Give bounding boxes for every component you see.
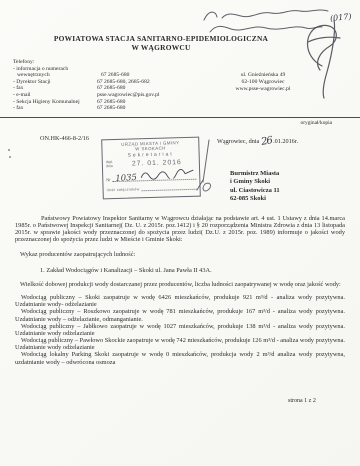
scan-speck bbox=[9, 156, 11, 158]
address-line: 62-100 Wągrowiec bbox=[224, 79, 302, 86]
contact-label: - e-mail bbox=[13, 92, 97, 99]
intro-paragraph: Państwowy Powiatowy Inspektor Sanitarny … bbox=[15, 215, 345, 244]
place-date-line: Wągrowiec, dnia 26 .01.2016r. bbox=[217, 135, 298, 146]
recipient-line: ul. Ciastowicza 11 bbox=[230, 187, 280, 195]
stamp-attachments-row: Ilość załączników bbox=[107, 184, 197, 192]
contact-label: - fax bbox=[13, 105, 97, 112]
reference-number: ON.HK-466-8-2/16 bbox=[40, 135, 89, 142]
supply-entry: Wodociąg lokalny Parking Skoki zaopatruj… bbox=[15, 351, 345, 365]
contact-row: - fax 67 2685-680 bbox=[13, 105, 159, 112]
handwritten-mark-icon bbox=[193, 138, 217, 194]
recipient-line: i Gminy Skoki bbox=[230, 178, 280, 186]
contact-row: - e-mail psse.wagrowiec@pis.gov.pl bbox=[13, 92, 159, 99]
supply-entry: Wodociąg publiczny – Skoki zaopatruje w … bbox=[15, 294, 345, 308]
stamp-attachments-label: Ilość załączników bbox=[107, 187, 140, 192]
stamp-number-label: Nr bbox=[106, 177, 111, 182]
contact-value: 67 2685-680 bbox=[97, 105, 125, 112]
contact-label: - Dyrektor Stacji bbox=[13, 79, 97, 86]
scanned-letter-page: (017) POWIATOWA STACJA SANITARNO-EPIDEMI… bbox=[0, 0, 360, 466]
letterhead-title: POWIATOWA STACJA SANITARNO-EPIDEMIOLOGIC… bbox=[0, 34, 322, 52]
recipient-line: 62-085 Skoki bbox=[230, 195, 280, 203]
producer-item: 1. Zakład Wodociągów i Kanalizacji – Sko… bbox=[15, 267, 345, 274]
copy-note: oryginał/kopia bbox=[301, 120, 332, 126]
supply-entry: Wodociąg publiczny – Jabłkowo zaopatruje… bbox=[15, 323, 345, 337]
recipient-line: Burmistrz Miasta bbox=[230, 170, 280, 178]
stamp-received-label-2: dnia bbox=[106, 164, 113, 168]
stamp-attachments-line bbox=[141, 184, 196, 191]
place-date-prefix: Wągrowiec, dnia bbox=[217, 138, 259, 145]
website-url: www.psse-wagrowiec.pl bbox=[224, 86, 302, 93]
contact-value: 67 2685-680 bbox=[97, 99, 125, 106]
stamp-received-label: Wpł. dnia bbox=[106, 161, 118, 169]
receipt-stamp: URZĄD MIASTA I GMINY W SKOKACH Sekretari… bbox=[101, 137, 201, 200]
handwritten-day: 26 bbox=[260, 135, 272, 148]
contact-label: - fax bbox=[13, 85, 97, 92]
contact-row: - informacja o numerach bbox=[13, 66, 159, 73]
letterhead-title-line1: POWIATOWA STACJA SANITARNO-EPIDEMIOLOGIC… bbox=[0, 34, 322, 43]
contact-value: 67 2685-680 bbox=[97, 85, 125, 92]
producers-heading: Wykaz producentów zaopatrujących ludność… bbox=[15, 251, 345, 258]
contact-row: - Sekcja Higieny Komunalnej 67 2685-680 bbox=[13, 99, 159, 106]
scan-speck bbox=[8, 149, 10, 151]
handwritten-number-value: 1035 bbox=[115, 173, 137, 184]
production-intro: Wielkość dobowej produkcji wody dostarcz… bbox=[15, 281, 345, 288]
contact-value: psse.wagrowiec@pis.gov.pl bbox=[97, 92, 159, 99]
contact-label: wewnętrznych bbox=[13, 72, 101, 79]
handwritten-signature-icon bbox=[294, 14, 356, 102]
station-address: ul. Gnieźnieńska 49 62-100 Wągrowiec www… bbox=[224, 72, 302, 93]
date-suffix: .01.2016r. bbox=[273, 138, 298, 145]
address-line: ul. Gnieźnieńska 49 bbox=[224, 72, 302, 79]
contact-row: - Dyrektor Stacji 67 2685-680, 2685-682 bbox=[13, 79, 159, 86]
handwritten-word-icon bbox=[139, 167, 200, 181]
letterhead-title-line2: W WĄGROWCU bbox=[0, 43, 322, 52]
stamp-department: Sekretariat bbox=[106, 151, 196, 160]
contact-value: 67 2685-680 bbox=[101, 72, 129, 79]
contact-block: Telefony: - informacja o numerach wewnęt… bbox=[13, 59, 159, 112]
header-divider bbox=[0, 117, 360, 118]
supply-entry: Wodociąg publiczny – Pawłowo Skockie zao… bbox=[15, 337, 345, 351]
page-indicator: strona 1 z 2 bbox=[288, 398, 316, 404]
phones-label: Telefony: bbox=[13, 59, 159, 66]
contact-row: wewnętrznych 67 2685-680 bbox=[13, 72, 159, 79]
recipient-block: Burmistrz Miasta i Gminy Skoki ul. Ciast… bbox=[230, 170, 280, 204]
supply-entry: Wodociąg publiczny – Roszkowo zaopatruje… bbox=[15, 308, 345, 322]
contact-row: - fax 67 2685-680 bbox=[13, 85, 159, 92]
letter-body: Państwowy Powiatowy Inspektor Sanitarny … bbox=[15, 215, 345, 366]
contact-value: 67 2685-680, 2685-682 bbox=[97, 79, 150, 86]
contact-label: - Sekcja Higieny Komunalnej bbox=[13, 99, 97, 106]
contact-label: - informacja o numerach bbox=[13, 66, 97, 73]
